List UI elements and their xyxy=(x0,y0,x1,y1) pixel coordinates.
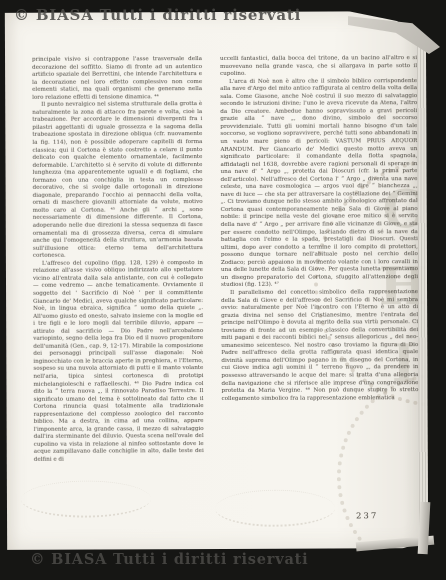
paragraph: L'affresco del cupolino (figg. 128, 129)… xyxy=(33,260,204,465)
book-page: CHI principale visivo si contrappone l'a… xyxy=(5,11,428,550)
watermark-top: © BIASA Tutti i diritti riservati xyxy=(14,6,301,24)
page-number: 237 xyxy=(356,511,378,521)
text-column-left: principale visivo si contrappone l'asse … xyxy=(32,56,204,527)
book-fore-edge xyxy=(417,27,428,548)
paragraph: uccelli fantastici, dalla bocca del trit… xyxy=(220,55,417,78)
paragraph: Il parallelismo del concetto simbolico d… xyxy=(221,289,418,403)
text-column-right: uccelli fantastici, dalla bocca del trit… xyxy=(220,55,419,516)
paragraph: principale visivo si contrappone l'asse … xyxy=(32,56,202,102)
watermark-bottom: © BIASA Tutti i diritti riservati xyxy=(30,551,308,568)
paragraph: L'arca di Noè non è altro che il simbolo… xyxy=(220,78,418,290)
paragraph: Il punto nevralgico nel sistema struttur… xyxy=(32,101,203,260)
